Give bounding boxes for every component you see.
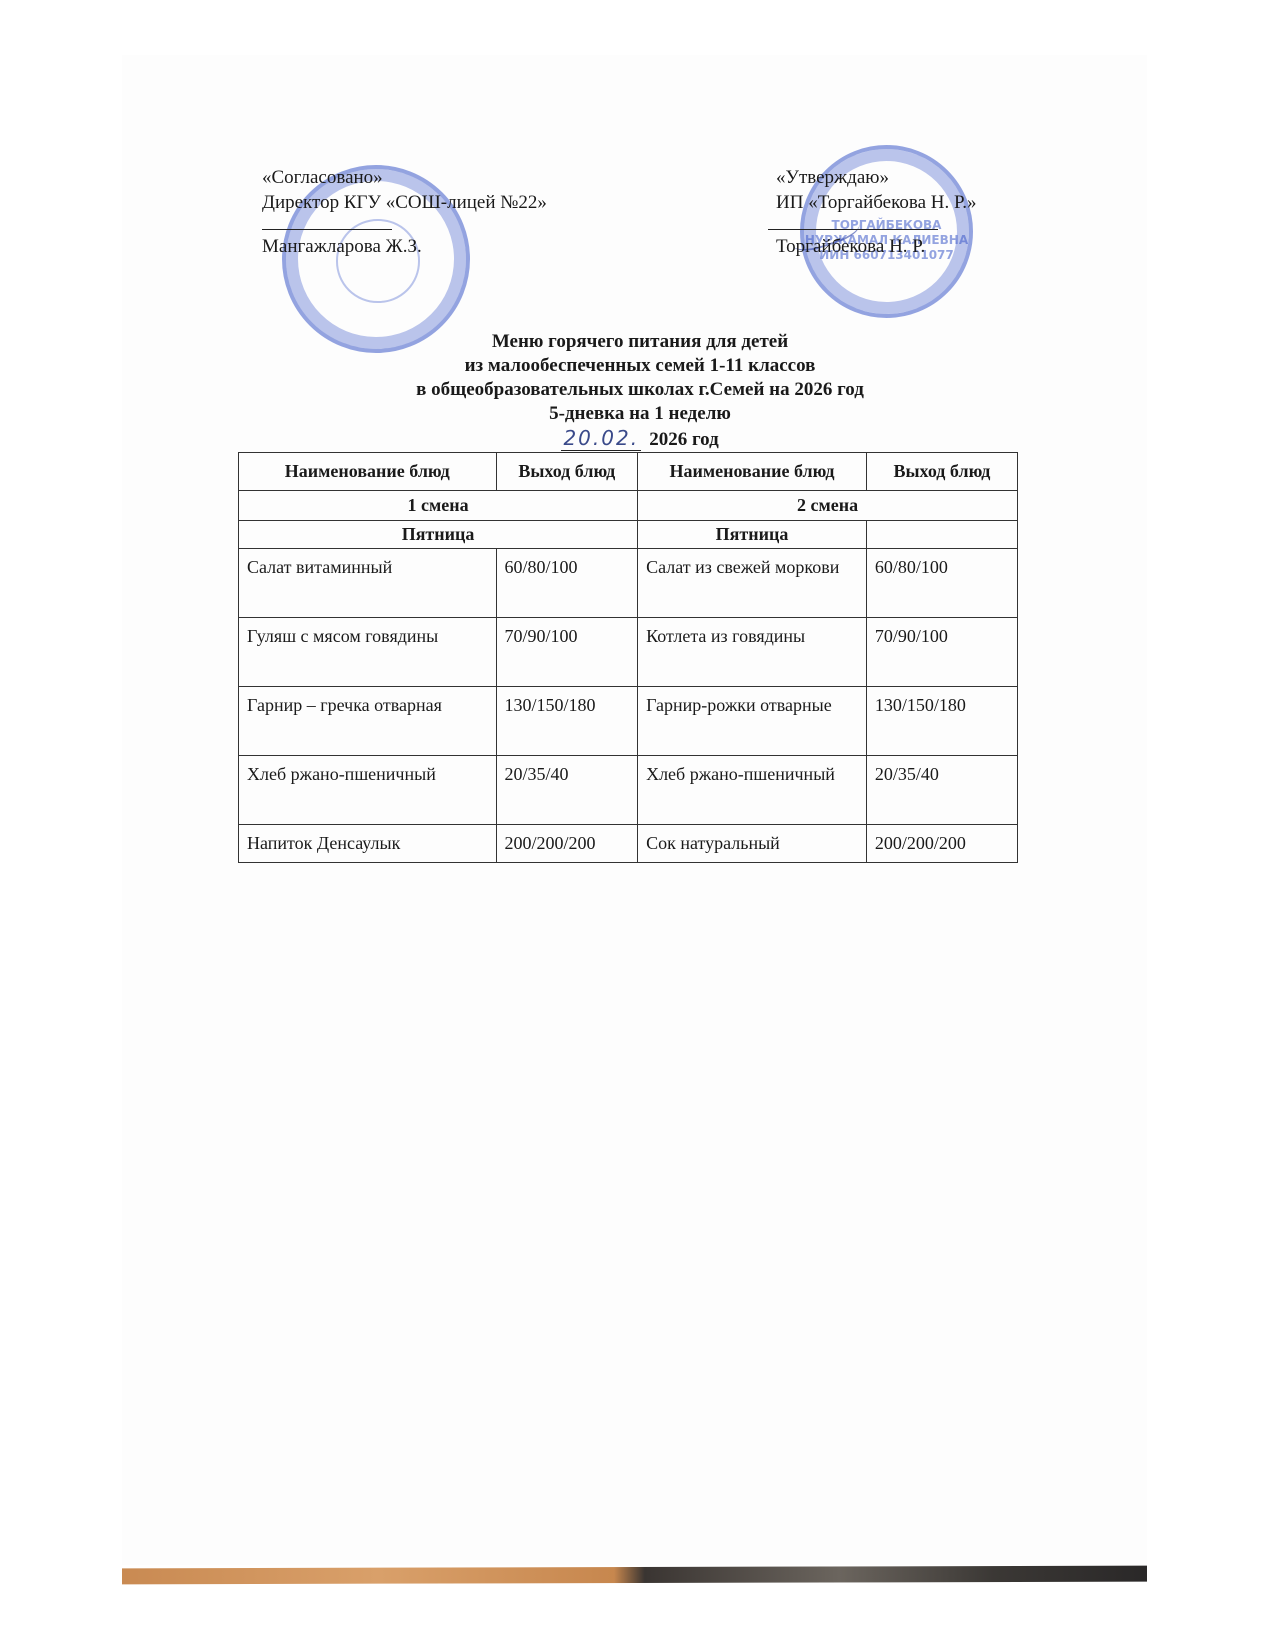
yield-shift-1: 20/35/40 bbox=[496, 756, 638, 825]
table-surface-edge bbox=[122, 1566, 1147, 1585]
dish-shift-1: Гарнир – гречка отварная bbox=[239, 687, 497, 756]
day-row: Пятница Пятница bbox=[239, 521, 1018, 549]
dish-shift-2: Гарнир-рожки отварные bbox=[638, 687, 867, 756]
approval-heading: «Утверждаю» bbox=[776, 165, 976, 190]
empty-cell bbox=[866, 521, 1017, 549]
shift-1-label: 1 смена bbox=[239, 491, 638, 521]
shift-2-label: 2 смена bbox=[638, 491, 1018, 521]
title-line-3: в общеобразовательных школах г.Семей на … bbox=[230, 378, 1050, 402]
yield-shift-2: 60/80/100 bbox=[866, 549, 1017, 618]
menu-table: Наименование блюд Выход блюд Наименовани… bbox=[238, 452, 1018, 863]
dish-shift-1: Напиток Денсаулык bbox=[239, 825, 497, 863]
day-1-label: Пятница bbox=[239, 521, 638, 549]
dish-shift-2: Котлета из говядины bbox=[638, 618, 867, 687]
dish-shift-1: Салат витаминный bbox=[239, 549, 497, 618]
table-row: Напиток Денсаулык 200/200/200 Сок натура… bbox=[239, 825, 1018, 863]
handwritten-date: 20.02. bbox=[561, 426, 641, 451]
year-label: 2026 год bbox=[649, 429, 718, 450]
table-row: Хлеб ржано-пшеничный 20/35/40 Хлеб ржано… bbox=[239, 756, 1018, 825]
title-line-4: 5-дневка на 1 неделю bbox=[230, 402, 1050, 426]
approval-block-approved: «Утверждаю» ИП «Торгайбекова Н. Р.» Торг… bbox=[776, 165, 976, 259]
dish-shift-2: Хлеб ржано-пшеничный bbox=[638, 756, 867, 825]
header-dish-name: Наименование блюд bbox=[239, 453, 497, 491]
shift-row: 1 смена 2 смена bbox=[239, 491, 1018, 521]
document-title: Меню горячего питания для детей из малоо… bbox=[230, 330, 1050, 452]
dish-shift-1: Гуляш с мясом говядины bbox=[239, 618, 497, 687]
yield-shift-2: 20/35/40 bbox=[866, 756, 1017, 825]
approval-position: ИП «Торгайбекова Н. Р.» bbox=[776, 190, 976, 215]
approval-name: Торгайбекова Н. Р. bbox=[776, 234, 976, 259]
header-yield: Выход блюд bbox=[866, 453, 1017, 491]
title-line-1: Меню горячего питания для детей bbox=[230, 330, 1050, 354]
approval-block-agreed: «Согласовано» Директор КГУ «СОШ-лицей №2… bbox=[262, 165, 547, 259]
header-yield: Выход блюд bbox=[496, 453, 638, 491]
title-line-2: из малообеспеченных семей 1-11 классов bbox=[230, 354, 1050, 378]
dish-shift-2: Салат из свежей моркови bbox=[638, 549, 867, 618]
day-2-label: Пятница bbox=[638, 521, 867, 549]
yield-shift-1: 70/90/100 bbox=[496, 618, 638, 687]
yield-shift-1: 130/150/180 bbox=[496, 687, 638, 756]
signature-line bbox=[262, 215, 392, 230]
approval-name: Мангажларова Ж.З. bbox=[262, 234, 547, 259]
approval-heading: «Согласовано» bbox=[262, 165, 547, 190]
dish-shift-2: Сок натуральный bbox=[638, 825, 867, 863]
yield-shift-1: 200/200/200 bbox=[496, 825, 638, 863]
header-dish-name: Наименование блюд bbox=[638, 453, 867, 491]
yield-shift-2: 70/90/100 bbox=[866, 618, 1017, 687]
date-line: 20.02.2026 год bbox=[561, 426, 718, 452]
yield-shift-2: 130/150/180 bbox=[866, 687, 1017, 756]
yield-shift-2: 200/200/200 bbox=[866, 825, 1017, 863]
approval-position: Директор КГУ «СОШ-лицей №22» bbox=[262, 190, 547, 215]
table-row: Гарнир – гречка отварная 130/150/180 Гар… bbox=[239, 687, 1018, 756]
table-row: Салат витаминный 60/80/100 Салат из свеж… bbox=[239, 549, 1018, 618]
table-row: Гуляш с мясом говядины 70/90/100 Котлета… bbox=[239, 618, 1018, 687]
dish-shift-1: Хлеб ржано-пшеничный bbox=[239, 756, 497, 825]
yield-shift-1: 60/80/100 bbox=[496, 549, 638, 618]
table-header-row: Наименование блюд Выход блюд Наименовани… bbox=[239, 453, 1018, 491]
signature-line bbox=[768, 215, 938, 230]
